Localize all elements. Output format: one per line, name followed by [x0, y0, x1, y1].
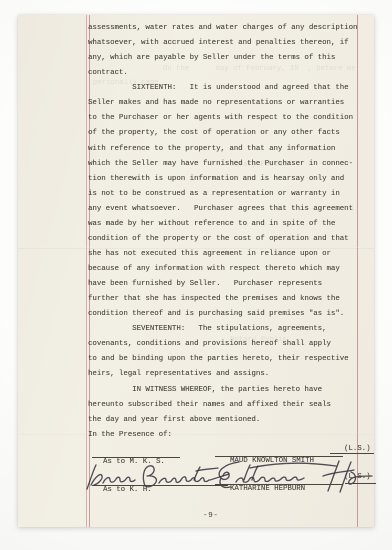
typed-line: assessments, water rates and water charg…: [88, 21, 357, 36]
typed-line: In the Presence of:: [88, 428, 357, 443]
typed-line: contract.: [88, 66, 357, 81]
typed-line: heirs, legal representatives and assigns…: [88, 367, 357, 382]
typed-line: any event whatsoever. Purchaser agrees t…: [88, 202, 357, 217]
left-margin-rule-outer: [86, 15, 87, 527]
typed-line: is not to be construed as a representati…: [88, 187, 357, 202]
typed-line: any, which are payable by Seller under t…: [88, 51, 357, 66]
party2-typed-name: KATHARINE HEPBURN: [230, 486, 305, 493]
typed-line: SIXTEENTH: It is understood and agreed t…: [88, 81, 357, 96]
contract-page: On the day of February, 19 , before me p…: [18, 15, 374, 527]
witness2-label: As to K. H.: [103, 487, 152, 494]
typed-line: condition thereof and is purchasing said…: [88, 307, 357, 322]
typed-line: the day and year first above mentioned.: [88, 413, 357, 428]
typed-line: of the property, the cost of operation o…: [88, 126, 357, 141]
typed-line: was made by her without reference to and…: [88, 217, 357, 232]
typed-line: SEVENTEENTH: The stipulations, agreement…: [88, 322, 357, 337]
typed-line: with reference to the property, and that…: [88, 142, 357, 157]
typed-line: further that she has inspected the premi…: [88, 292, 357, 307]
typed-line: tion therewith is upon information and i…: [88, 172, 357, 187]
page-number: -9-: [203, 513, 219, 520]
photo-background: On the day of February, 19 , before me p…: [0, 0, 392, 550]
typed-line: because of any information with respect …: [88, 262, 357, 277]
seal-rule-line: [345, 483, 376, 484]
typed-line: to and be binding upon the parties heret…: [88, 352, 357, 367]
seal-abbreviation-mid: (L.S.): [344, 474, 371, 481]
typed-line: covenants, conditions and provisions her…: [88, 337, 357, 352]
typed-line: she has not executed this agreement in r…: [88, 247, 357, 262]
seal-rule-line: [330, 453, 374, 454]
typed-line: which the Seller may have furnished the …: [88, 157, 357, 172]
typed-line: hereunto subscribed their names and affi…: [88, 398, 357, 413]
typed-line: to the Purchaser or her agents with resp…: [88, 111, 357, 126]
contract-body-text: assessments, water rates and water charg…: [88, 21, 357, 443]
typed-line: have been furnished by Seller. Purchaser…: [88, 277, 357, 292]
typed-line: IN WITNESS WHEREOF, the parties hereto h…: [88, 383, 357, 398]
typed-line: Seller makes and has made no representat…: [88, 96, 357, 111]
typed-line: condition of the property or the cost of…: [88, 232, 357, 247]
typed-line: whatsoever, with accrued interest and pe…: [88, 36, 357, 51]
